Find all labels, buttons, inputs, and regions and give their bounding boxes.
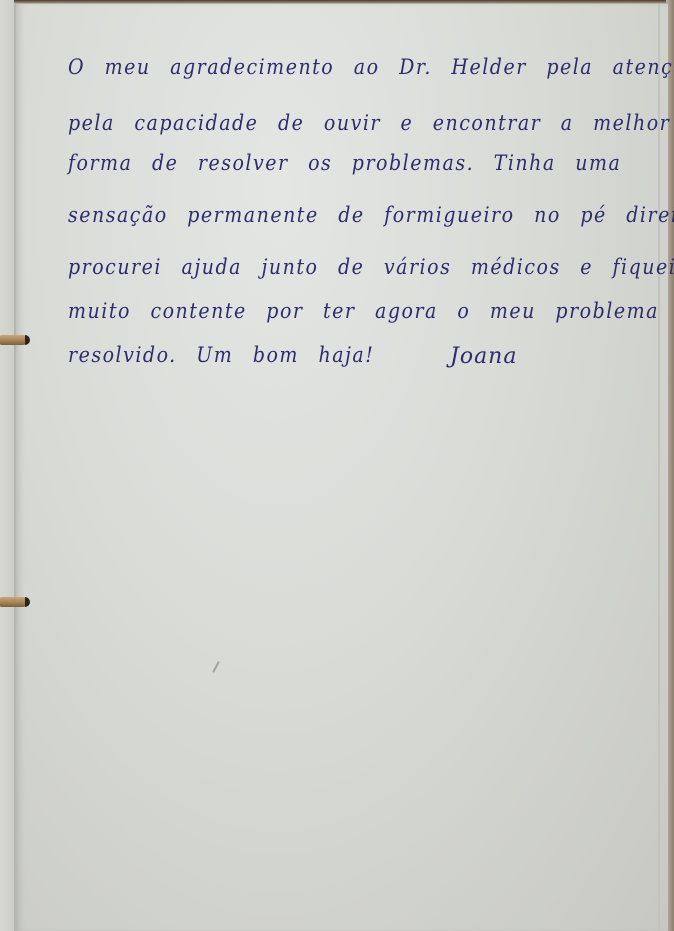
note-line-2: pela capacidade de ouvir e encontrar a m… [68,110,670,135]
paper-speck [212,661,219,673]
note-line-4: sensação permanente de formigueiro no pé… [68,202,674,227]
binding-string-bottom [0,597,28,607]
note-line-5: procurei ajuda junto de vários médicos e… [68,254,674,279]
note-line-1: O meu agradecimento ao Dr. Helder pela a… [68,54,674,79]
page-fold-line [658,4,660,931]
back-page-edge [0,0,14,931]
notebook-page: O meu agradecimento ao Dr. Helder pela a… [14,4,668,931]
binding-string-top [0,335,28,345]
note-line-6: muito contente por ter agora o meu probl… [68,298,659,323]
note-line-7: resolvido. Um bom haja! [68,342,374,367]
note-line-3: forma de resolver os problemas. Tinha um… [68,150,621,175]
signature: Joana [450,344,517,369]
